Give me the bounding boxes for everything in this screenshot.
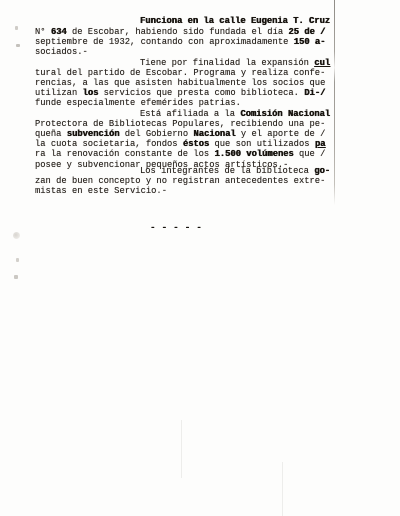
text-segment: utilizan — [35, 88, 83, 98]
paragraph: Tiene por finalidad la expansión cultura… — [35, 58, 375, 109]
text-segment: Funciona en la calle Eugenia T. Cruz — [140, 16, 330, 26]
text-segment: go- — [314, 166, 330, 176]
text-segment: y el aporte de / — [236, 129, 326, 139]
text-segment: éstos — [183, 139, 209, 149]
text-segment: tural del partido de Escobar. Programa y… — [35, 68, 325, 78]
text-line: ra la renovación constante de los 1.500 … — [35, 149, 375, 159]
text-line: septiembre de 1932, contando con aproxim… — [35, 37, 375, 47]
text-segment: Está afiliada a la — [140, 109, 240, 119]
scan-smudge-artifact — [15, 26, 18, 30]
text-segment: 150 a- — [294, 37, 326, 47]
text-segment: N° — [35, 27, 51, 37]
scan-smudge-artifact — [16, 258, 19, 262]
text-segment: pa — [315, 139, 326, 149]
paragraph: Los integrantes de la biblioteca go-zan … — [35, 166, 375, 197]
paragraph: Está afiliada a la Comisión NacionalProt… — [35, 109, 375, 170]
scan-smudge-artifact — [16, 44, 20, 47]
text-segment: servicios que presta como biblioteca. — [98, 88, 304, 98]
scan-smudge-artifact — [14, 275, 18, 279]
end-separator: - - - - - — [150, 223, 375, 233]
text-segment: la cuota societaria, fondos — [35, 139, 183, 149]
scan-streak-artifact — [181, 420, 182, 478]
text-line: la cuota societaria, fondos éstos que so… — [35, 139, 375, 149]
text-segment: Nacional — [193, 129, 235, 139]
text-line: Funciona en la calle Eugenia T. Cruz — [35, 16, 375, 26]
text-line: Protectora de Bibliotecas Populares, rec… — [35, 119, 375, 129]
text-segment: 1.500 volúmenes — [215, 149, 294, 159]
paragraph: N° 634 de Escobar, habiendo sido fundada… — [35, 27, 375, 58]
text-segment: Comisión Nacional — [240, 109, 330, 119]
text-segment: 634 — [51, 27, 67, 37]
text-line: rencias, a las que asisten habitualmente… — [35, 78, 375, 88]
text-line: queña subvención del Gobierno Nacional y… — [35, 129, 375, 139]
scan-smudge-artifact — [13, 232, 20, 239]
text-segment: 25 de / — [288, 27, 325, 37]
text-segment: subvención — [67, 129, 120, 139]
text-segment: Tiene por finalidad la expansión — [140, 58, 314, 68]
text-line: tural del partido de Escobar. Programa y… — [35, 68, 375, 78]
text-segment: zan de buen concepto y no registran ante… — [35, 176, 325, 186]
text-line: sociados.- — [35, 47, 375, 57]
text-segment: de Escobar, habiendo sido fundada el día — [67, 27, 289, 37]
text-segment: los — [83, 88, 99, 98]
text-segment: Protectora de Bibliotecas Populares, rec… — [35, 119, 325, 129]
text-line: Está afiliada a la Comisión Nacional — [35, 109, 375, 119]
scan-streak-artifact — [282, 462, 283, 516]
document-body: Funciona en la calle Eugenia T. CruzN° 6… — [35, 16, 375, 196]
document-text: Funciona en la calle Eugenia T. CruzN° 6… — [35, 0, 375, 243]
text-line: mistas en este Servicio.- — [35, 186, 375, 196]
text-segment: septiembre de 1932, contando con aproxim… — [35, 37, 294, 47]
text-line: utilizan los servicios que presta como b… — [35, 88, 375, 98]
text-segment: que / — [294, 149, 326, 159]
text-line: N° 634 de Escobar, habiendo sido fundada… — [35, 27, 375, 37]
text-segment: funde especialmente efemérides patrias. — [35, 98, 241, 108]
text-line: funde especialmente efemérides patrias. — [35, 98, 375, 108]
text-segment: del Gobierno — [119, 129, 193, 139]
text-segment: rencias, a las que asisten habitualmente… — [35, 78, 325, 88]
text-segment: mistas en este Servicio.- — [35, 186, 167, 196]
text-line: Tiene por finalidad la expansión cul — [35, 58, 375, 68]
text-segment: Los integrantes de la biblioteca — [140, 166, 314, 176]
scan-edge-line-artifact — [334, 0, 335, 205]
text-segment: ra la renovación constante de los — [35, 149, 215, 159]
text-segment: sociados.- — [35, 47, 88, 57]
paragraph: Funciona en la calle Eugenia T. Cruz — [35, 16, 375, 26]
text-line: zan de buen concepto y no registran ante… — [35, 176, 375, 186]
text-segment: queña — [35, 129, 67, 139]
text-segment: cul — [314, 58, 330, 68]
text-segment: Di-/ — [304, 88, 325, 98]
text-segment: que son utilizados — [209, 139, 315, 149]
